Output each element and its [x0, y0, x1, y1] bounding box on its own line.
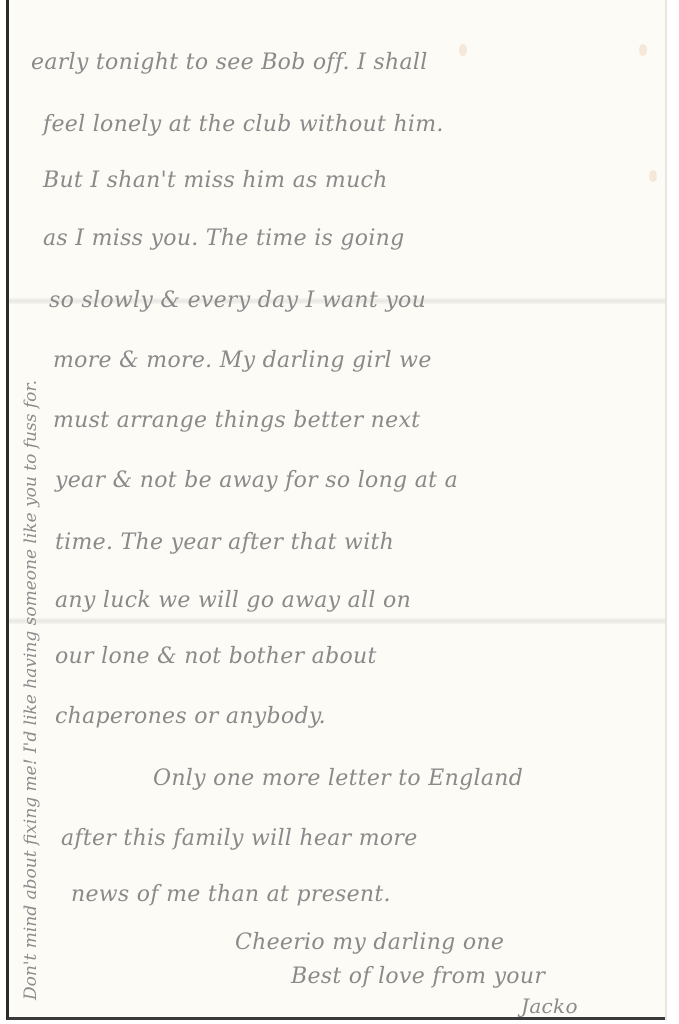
margin-note: Don't mind about fixing me! I'd like hav… — [21, 10, 41, 1000]
letter-closing: Cheerio my darling one — [235, 930, 504, 955]
paper-stain — [649, 170, 657, 182]
letter-line: more & more. My darling girl we — [53, 348, 432, 373]
letter-line: time. The year after that with — [55, 530, 394, 555]
letter-line: chaperones or anybody. — [55, 704, 326, 729]
letter-line: any luck we will go away all on — [55, 588, 411, 613]
letter-signature: Jacko — [521, 994, 578, 1018]
letter-line: so slowly & every day I want you — [49, 288, 426, 313]
letter-line: But I shan't miss him as much — [43, 168, 388, 193]
letter-line: year & not be away for so long at a — [55, 468, 458, 493]
letter-line: our lone & not bother about — [55, 644, 377, 669]
letter-line: news of me than at present. — [71, 882, 391, 907]
letter-line: early tonight to see Bob off. I shall — [31, 50, 428, 75]
letter-line: feel lonely at the club without him. — [43, 112, 444, 137]
letter-closing: Best of love from your — [291, 964, 545, 989]
letter-line: Only one more letter to England — [153, 766, 523, 791]
letter-page: Don't mind about fixing me! I'd like hav… — [6, 0, 665, 1020]
letter-line: must arrange things better next — [53, 408, 420, 433]
letter-line: after this family will hear more — [61, 826, 418, 851]
paper-stain — [639, 44, 647, 56]
paper-fold-lower — [9, 618, 665, 624]
paper-stain — [459, 44, 467, 56]
letter-line: as I miss you. The time is going — [43, 226, 405, 251]
